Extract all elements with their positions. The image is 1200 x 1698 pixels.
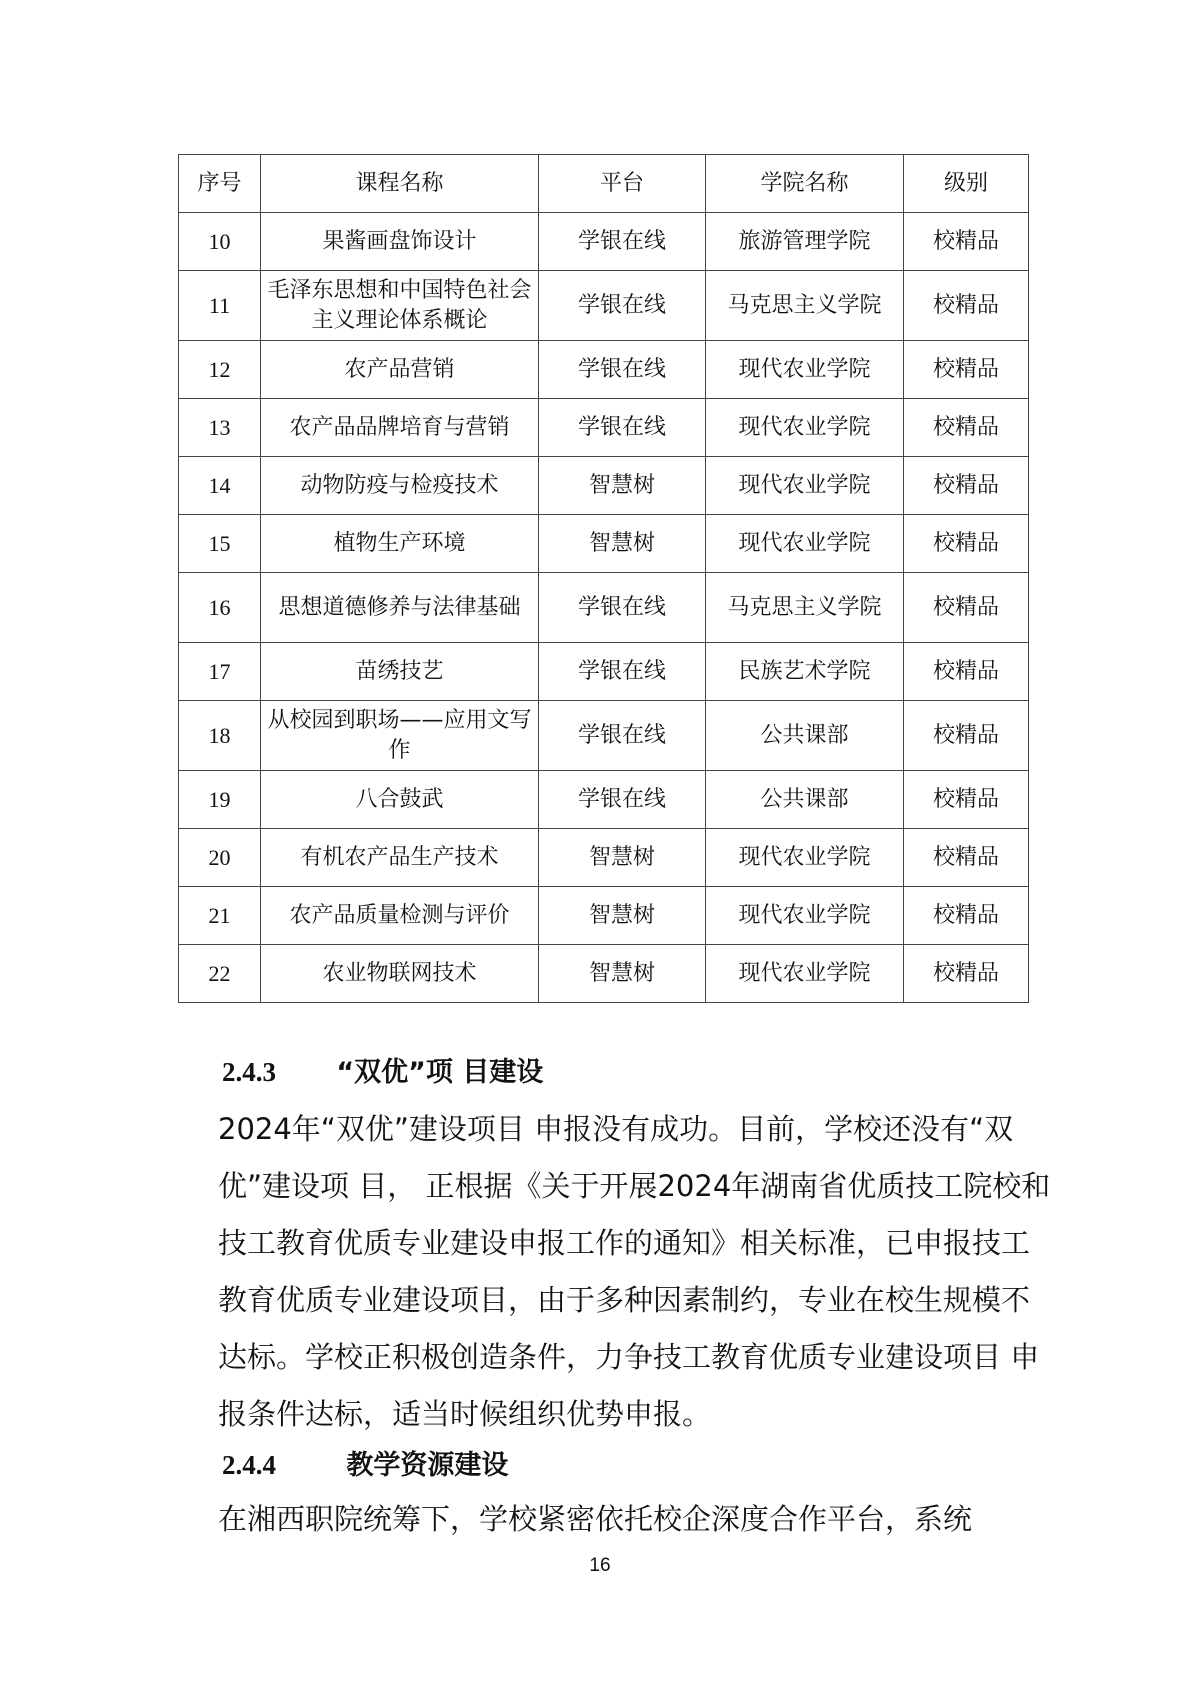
cell-no: 17: [179, 643, 261, 701]
cell-platform: 智慧树: [539, 515, 706, 573]
course-table: 序号 课程名称 平台 学院名称 级别 10 果酱画盘饰设计 学银在线 旅游管理学…: [178, 154, 1029, 1003]
section-heading-2-4-3: 2.4.3 “双优”项 目建设: [222, 1050, 543, 1089]
cell-no: 19: [179, 771, 261, 829]
paragraph-2-4-3: 2024年“双优”建设项目 申报没有成功。目前，学校还没有“双优”建设项 目， …: [156, 1101, 1056, 1443]
cell-college: 现代农业学院: [706, 515, 904, 573]
header-no: 序号: [179, 155, 261, 213]
cell-level: 校精品: [904, 701, 1029, 771]
header-college: 学院名称: [706, 155, 904, 213]
cell-level: 校精品: [904, 643, 1029, 701]
section-title: “双优”项 目建设: [336, 1057, 543, 1088]
cell-no: 16: [179, 573, 261, 643]
cell-course: 农业物联网技术: [261, 945, 539, 1003]
cell-level: 校精品: [904, 945, 1029, 1003]
page-number: 16: [0, 1555, 1200, 1577]
cell-college: 旅游管理学院: [706, 213, 904, 271]
document-page: 序号 课程名称 平台 学院名称 级别 10 果酱画盘饰设计 学银在线 旅游管理学…: [0, 0, 1200, 1698]
cell-college: 现代农业学院: [706, 457, 904, 515]
table-row: 19 八合鼓武 学银在线 公共课部 校精品: [179, 771, 1029, 829]
cell-college: 现代农业学院: [706, 341, 904, 399]
cell-course: 果酱画盘饰设计: [261, 213, 539, 271]
cell-level: 校精品: [904, 213, 1029, 271]
cell-platform: 智慧树: [539, 945, 706, 1003]
cell-no: 20: [179, 829, 261, 887]
cell-course: 苗绣技艺: [261, 643, 539, 701]
table-row: 10 果酱画盘饰设计 学银在线 旅游管理学院 校精品: [179, 213, 1029, 271]
cell-platform: 学银在线: [539, 701, 706, 771]
cell-no: 10: [179, 213, 261, 271]
cell-no: 15: [179, 515, 261, 573]
cell-level: 校精品: [904, 515, 1029, 573]
cell-college: 公共课部: [706, 701, 904, 771]
table-row: 17 苗绣技艺 学银在线 民族艺术学院 校精品: [179, 643, 1029, 701]
cell-level: 校精品: [904, 271, 1029, 341]
cell-course: 有机农产品生产技术: [261, 829, 539, 887]
cell-no: 22: [179, 945, 261, 1003]
cell-no: 12: [179, 341, 261, 399]
table-row: 11 毛泽东思想和中国特色社会主义理论体系概论 学银在线 马克思主义学院 校精品: [179, 271, 1029, 341]
paragraph-text: 2024年“双优”建设项目 申报没有成功。目前，学校还没有“双优”建设项 目， …: [156, 1101, 1056, 1443]
table-row: 16 思想道德修养与法律基础 学银在线 马克思主义学院 校精品: [179, 573, 1029, 643]
cell-level: 校精品: [904, 771, 1029, 829]
cell-course: 从校园到职场——应用文写作: [261, 701, 539, 771]
cell-course: 思想道德修养与法律基础: [261, 573, 539, 643]
table-row: 18 从校园到职场——应用文写作 学银在线 公共课部 校精品: [179, 701, 1029, 771]
cell-level: 校精品: [904, 887, 1029, 945]
table-row: 13 农产品品牌培育与营销 学银在线 现代农业学院 校精品: [179, 399, 1029, 457]
cell-platform: 智慧树: [539, 887, 706, 945]
section-number: 2.4.4: [222, 1450, 337, 1481]
cell-course: 农产品营销: [261, 341, 539, 399]
cell-course: 毛泽东思想和中国特色社会主义理论体系概论: [261, 271, 539, 341]
section-number: 2.4.3: [222, 1057, 327, 1088]
cell-college: 现代农业学院: [706, 887, 904, 945]
cell-platform: 学银在线: [539, 399, 706, 457]
header-platform: 平台: [539, 155, 706, 213]
section-heading-2-4-4: 2.4.4 教学资源建设: [222, 1443, 508, 1482]
cell-platform: 学银在线: [539, 771, 706, 829]
cell-level: 校精品: [904, 399, 1029, 457]
cell-course: 农产品质量检测与评价: [261, 887, 539, 945]
cell-no: 11: [179, 271, 261, 341]
cell-platform: 学银在线: [539, 341, 706, 399]
cell-college: 公共课部: [706, 771, 904, 829]
table-row: 22 农业物联网技术 智慧树 现代农业学院 校精品: [179, 945, 1029, 1003]
table-row: 14 动物防疫与检疫技术 智慧树 现代农业学院 校精品: [179, 457, 1029, 515]
cell-no: 18: [179, 701, 261, 771]
header-level: 级别: [904, 155, 1029, 213]
header-course: 课程名称: [261, 155, 539, 213]
cell-college: 马克思主义学院: [706, 271, 904, 341]
cell-no: 14: [179, 457, 261, 515]
cell-platform: 学银在线: [539, 213, 706, 271]
table-header-row: 序号 课程名称 平台 学院名称 级别: [179, 155, 1029, 213]
cell-level: 校精品: [904, 341, 1029, 399]
cell-platform: 智慧树: [539, 829, 706, 887]
cell-level: 校精品: [904, 457, 1029, 515]
cell-level: 校精品: [904, 829, 1029, 887]
cell-course: 农产品品牌培育与营销: [261, 399, 539, 457]
cell-college: 现代农业学院: [706, 399, 904, 457]
table-row: 15 植物生产环境 智慧树 现代农业学院 校精品: [179, 515, 1029, 573]
cell-course: 八合鼓武: [261, 771, 539, 829]
cell-level: 校精品: [904, 573, 1029, 643]
cell-college: 民族艺术学院: [706, 643, 904, 701]
cell-platform: 学银在线: [539, 271, 706, 341]
cell-college: 现代农业学院: [706, 829, 904, 887]
cell-no: 21: [179, 887, 261, 945]
cell-college: 现代农业学院: [706, 945, 904, 1003]
cell-course: 植物生产环境: [261, 515, 539, 573]
cell-no: 13: [179, 399, 261, 457]
paragraph-2-4-4: 在湘西职院统筹下，学校紧密依托校企深度合作平台，系统: [156, 1491, 1056, 1548]
cell-course: 动物防疫与检疫技术: [261, 457, 539, 515]
cell-platform: 学银在线: [539, 573, 706, 643]
cell-platform: 智慧树: [539, 457, 706, 515]
table-row: 21 农产品质量检测与评价 智慧树 现代农业学院 校精品: [179, 887, 1029, 945]
table-row: 12 农产品营销 学银在线 现代农业学院 校精品: [179, 341, 1029, 399]
paragraph-text: 在湘西职院统筹下，学校紧密依托校企深度合作平台，系统: [156, 1491, 1056, 1548]
cell-platform: 学银在线: [539, 643, 706, 701]
table-row: 20 有机农产品生产技术 智慧树 现代农业学院 校精品: [179, 829, 1029, 887]
section-title: 教学资源建设: [346, 1450, 508, 1481]
cell-college: 马克思主义学院: [706, 573, 904, 643]
